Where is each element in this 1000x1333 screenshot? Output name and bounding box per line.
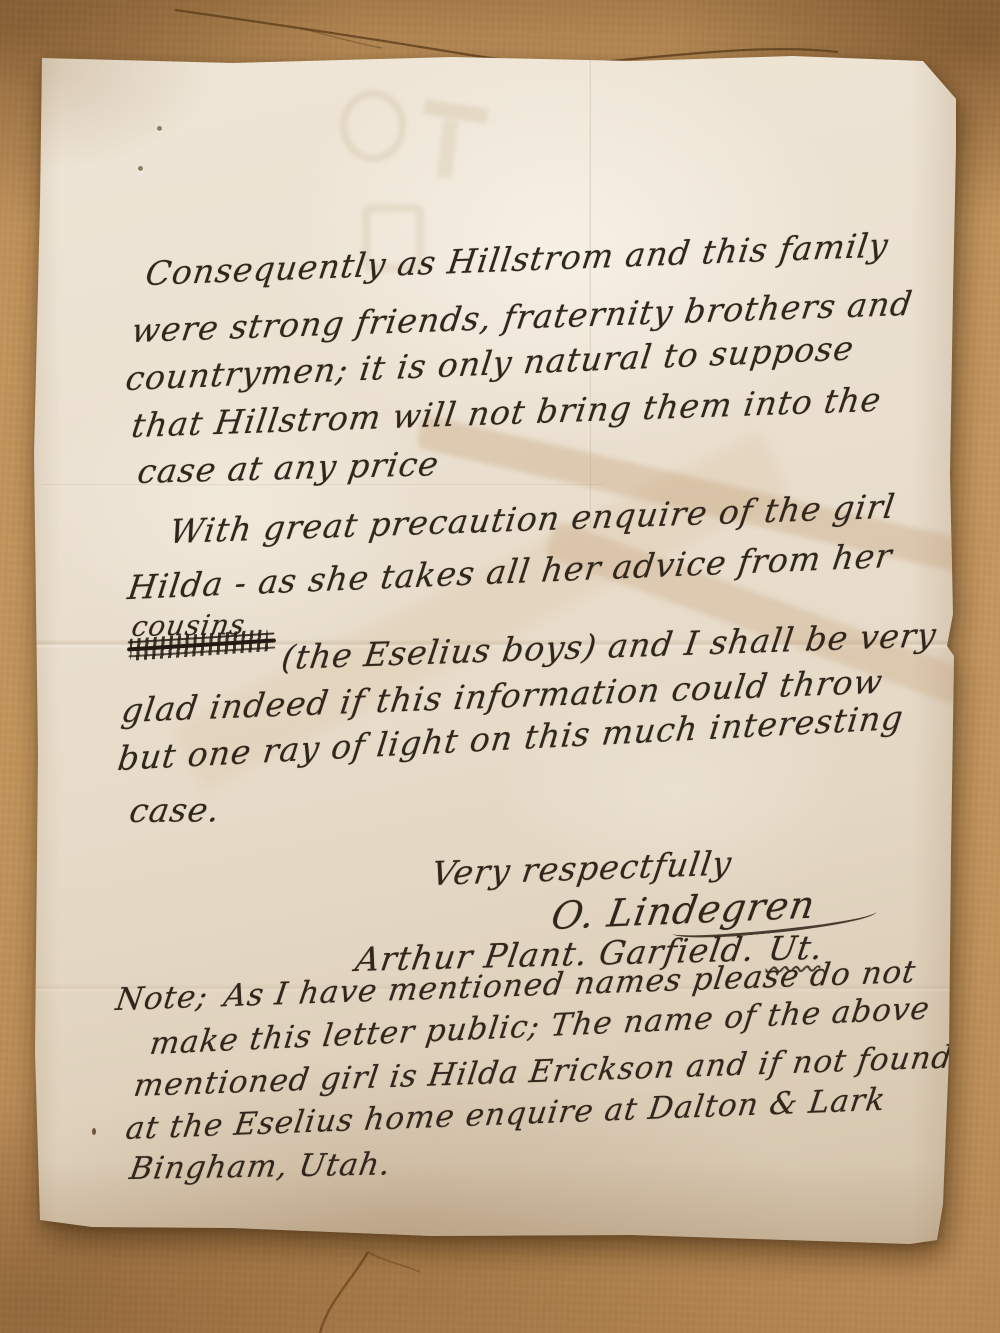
letter-line: case. <box>127 790 224 830</box>
embossed-ghost-mark <box>340 90 406 162</box>
ink-speck <box>92 1128 96 1135</box>
embossed-ghost-mark <box>437 119 459 178</box>
note-line: Bingham, Utah. <box>127 1146 394 1187</box>
photo-scene: Consequently as Hillstrom and this famil… <box>0 0 1000 1333</box>
note-label: Note; <box>113 979 210 1018</box>
pinhole <box>138 166 143 171</box>
pinhole <box>157 126 162 131</box>
valediction: Very respectfully <box>429 843 734 893</box>
letter-line: case at any price <box>135 444 442 491</box>
letter-paper: Consequently as Hillstrom and this famil… <box>0 0 1000 1333</box>
paper-sheet: Consequently as Hillstrom and this famil… <box>32 54 956 1246</box>
letter-line: Consequently as Hillstrom and this famil… <box>143 225 891 293</box>
struck-out-word-scribble <box>130 630 269 661</box>
